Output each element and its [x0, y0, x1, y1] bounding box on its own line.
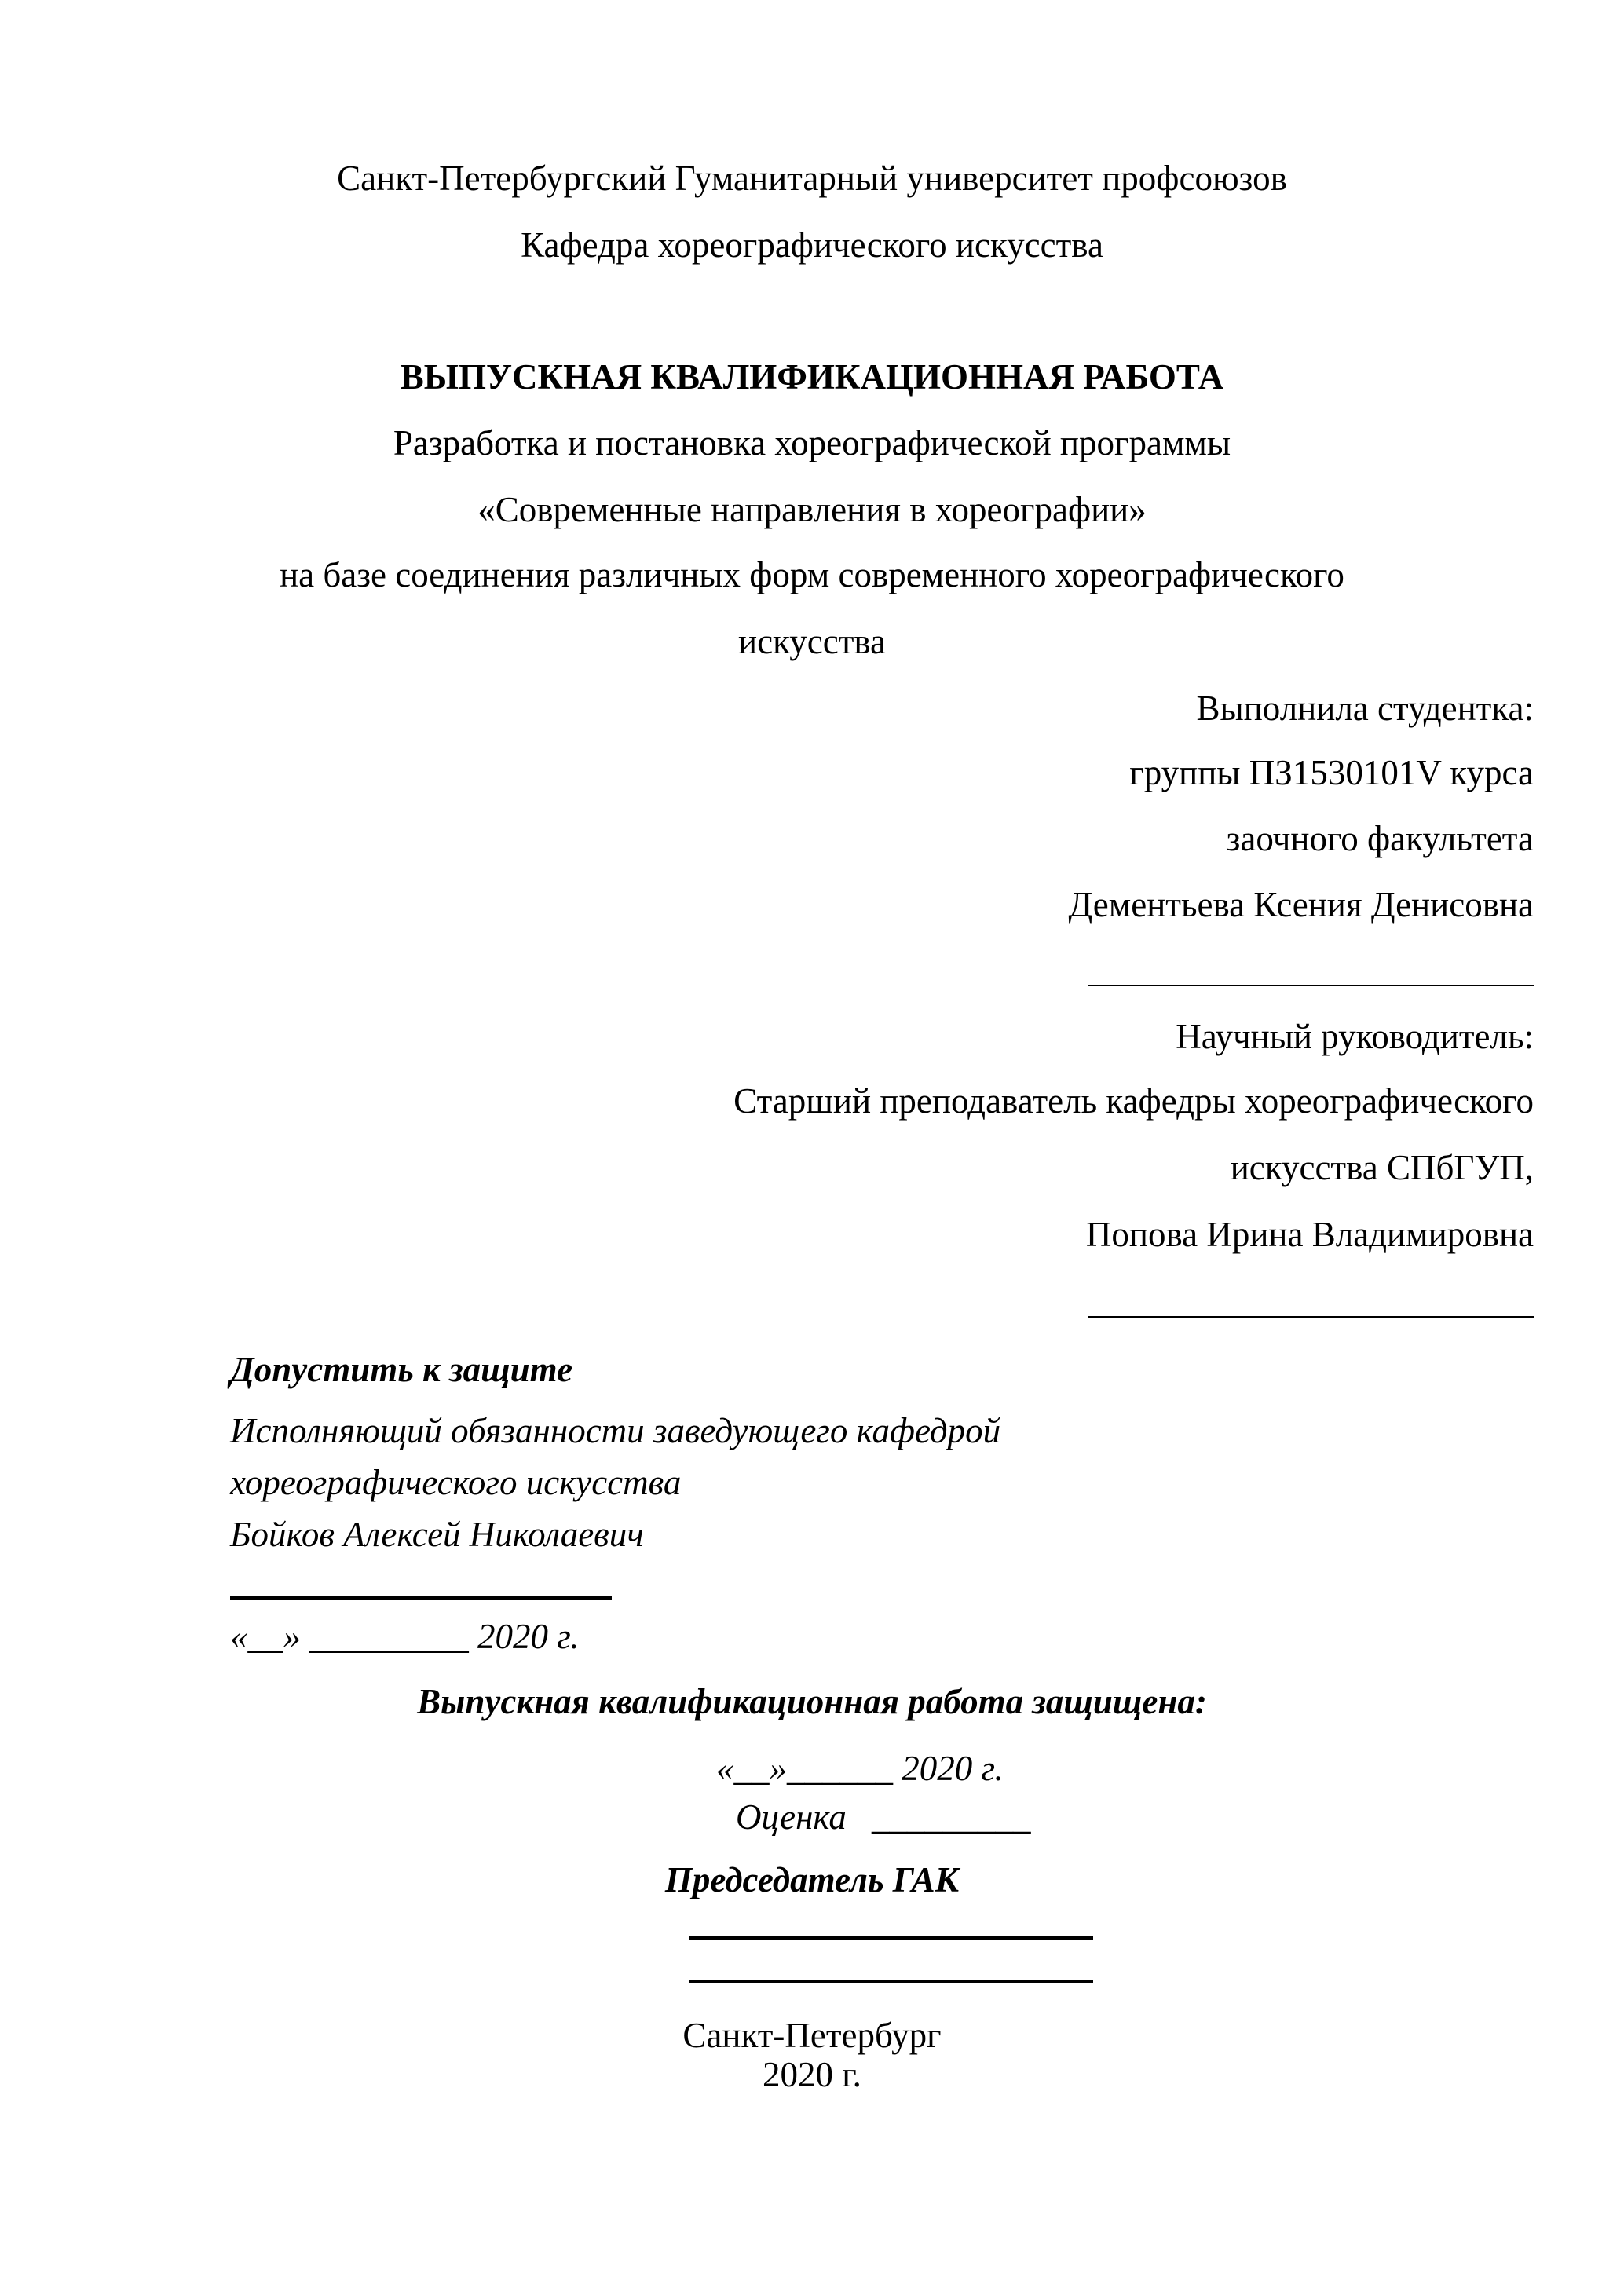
grade-value: _________ — [872, 1800, 1031, 1835]
chair-signature-line-1 — [689, 1936, 1093, 1940]
supervisor-signature-line — [1088, 1316, 1534, 1318]
supervisor-position-line-2: искусства СПбГУП, — [1231, 1150, 1534, 1186]
supervisor-position-line-1: Старший преподаватель кафедры хореографи… — [733, 1084, 1534, 1119]
commission-chair-label: Председатель ГАК — [0, 1863, 1624, 1898]
city: Санкт-Петербург — [0, 2018, 1624, 2053]
university-name: Санкт-Петербургский Гуманитарный универс… — [0, 161, 1624, 196]
student-group: группы ПЗ1530101V курса — [1129, 755, 1534, 791]
grade-label: Оценка — [736, 1800, 847, 1835]
supervisor-label: Научный руководитель: — [1176, 1019, 1534, 1055]
admission-date: «__» _________ 2020 г. — [230, 1619, 579, 1654]
admission-head-name: Бойков Алексей Николаевич — [230, 1517, 644, 1552]
admission-heading: Допустить к защите — [230, 1352, 572, 1387]
chair-signature-line-2 — [689, 1980, 1093, 1983]
defense-heading: Выпускная квалификационная работа защище… — [0, 1684, 1624, 1720]
student-name: Дементьева Ксения Денисовна — [1069, 887, 1534, 923]
department-name: Кафедра хореографического искусства — [0, 228, 1624, 263]
title-line-2: «Современные направления в хореографии» — [0, 492, 1624, 528]
student-faculty: заочного факультета — [1227, 821, 1534, 857]
year: 2020 г. — [0, 2057, 1624, 2093]
student-label: Выполнила студентка: — [1196, 691, 1534, 726]
admission-role-line-2: хореографического искусства — [230, 1465, 681, 1501]
title-line-1: Разработка и постановка хореографической… — [0, 426, 1624, 461]
document-heading: ВЫПУСКНАЯ КВАЛИФИКАЦИОННАЯ РАБОТА — [0, 360, 1624, 395]
supervisor-name: Попова Ирина Владимировна — [1086, 1217, 1534, 1252]
admission-signature-line — [230, 1596, 612, 1600]
defense-date: «__»______ 2020 г. — [716, 1751, 1004, 1786]
title-line-3: на базе соединения различных форм соврем… — [0, 558, 1624, 593]
title-line-4: искусства — [0, 624, 1624, 660]
student-signature-line — [1088, 985, 1534, 986]
admission-role-line-1: Исполняющий обязанности заведующего кафе… — [230, 1413, 1000, 1449]
